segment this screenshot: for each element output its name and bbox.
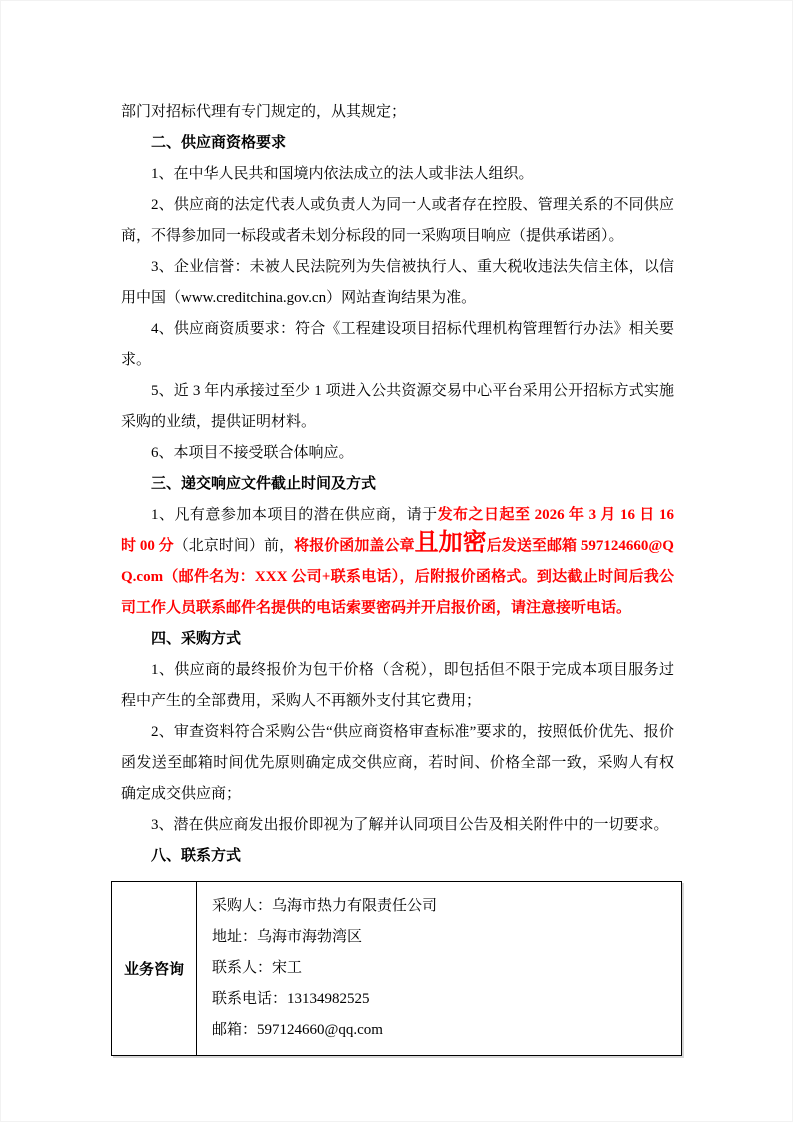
deadline-instruction-seal: 将报价函加盖公章 [294, 538, 414, 554]
sec2-item-1: 1、在中华人民共和国境内依法成立的法人或非法人组织。 [121, 159, 674, 190]
sec2-item-5: 5、近 3 年内承接过至少 1 项进入公共资源交易中心平台采用公开招标方式实施采… [121, 376, 674, 438]
contact-line-email: 邮箱：597124660@qq.com [212, 1015, 671, 1046]
sec4-item-2: 2、审查资料符合采购公告“供应商资格审查标准”要求的，按照低价优先、报价函发送至… [121, 717, 674, 810]
contact-details-cell: 采购人：乌海市热力有限责任公司 地址：乌海市海勃湾区 联系人：宋工 联系电话：1… [197, 882, 682, 1056]
section-heading-submission-deadline: 三、递交响应文件截止时间及方式 [121, 469, 674, 500]
contact-line-address: 地址：乌海市海勃湾区 [212, 922, 671, 953]
sec2-item-3: 3、企业信誉：未被人民法院列为失信被执行人、重大税收违法失信主体，以信用中国（w… [121, 252, 674, 314]
section-heading-contact: 八、联系方式 [121, 841, 674, 872]
sec2-item-4: 4、供应商资质要求：符合《工程建设项目招标代理机构管理暂行办法》相关要求。 [121, 314, 674, 376]
document-content: 部门对招标代理有专门规定的，从其规定； 二、供应商资格要求 1、在中华人民共和国… [1, 1, 793, 1056]
contact-row-header: 业务咨询 [112, 882, 197, 1056]
document-page: 部门对招标代理有专门规定的，从其规定； 二、供应商资格要求 1、在中华人民共和国… [0, 0, 793, 1122]
sec2-item-6: 6、本项目不接受联合体响应。 [121, 438, 674, 469]
deadline-paragraph: 1、凡有意参加本项目的潜在供应商，请于发布之日起至 2026 年 3 月 16 … [121, 500, 674, 624]
contact-line-purchaser: 采购人：乌海市热力有限责任公司 [212, 891, 671, 922]
section-heading-supplier-qualification: 二、供应商资格要求 [121, 128, 674, 159]
contact-table-row: 业务咨询 采购人：乌海市热力有限责任公司 地址：乌海市海勃湾区 联系人：宋工 联… [112, 882, 682, 1056]
deadline-encrypt-emphasis: 且加密 [415, 530, 487, 556]
deadline-timezone-note: （北京时间）前， [174, 538, 294, 554]
contact-line-phone: 联系电话：13134982525 [212, 984, 671, 1015]
deadline-text-intro: 1、凡有意参加本项目的潜在供应商，请于 [151, 507, 438, 523]
paragraph-continuation: 部门对招标代理有专门规定的，从其规定； [121, 97, 674, 128]
sec4-item-3: 3、潜在供应商发出报价即视为了解并认同项目公告及相关附件中的一切要求。 [121, 810, 674, 841]
contact-table: 业务咨询 采购人：乌海市热力有限责任公司 地址：乌海市海勃湾区 联系人：宋工 联… [111, 881, 682, 1056]
contact-line-person: 联系人：宋工 [212, 953, 671, 984]
section-heading-procurement-method: 四、采购方式 [121, 624, 674, 655]
sec2-item-2: 2、供应商的法定代表人或负责人为同一人或者存在控股、管理关系的不同供应商，不得参… [121, 190, 674, 252]
sec4-item-1: 1、供应商的最终报价为包干价格（含税），即包括但不限于完成本项目服务过程中产生的… [121, 655, 674, 717]
